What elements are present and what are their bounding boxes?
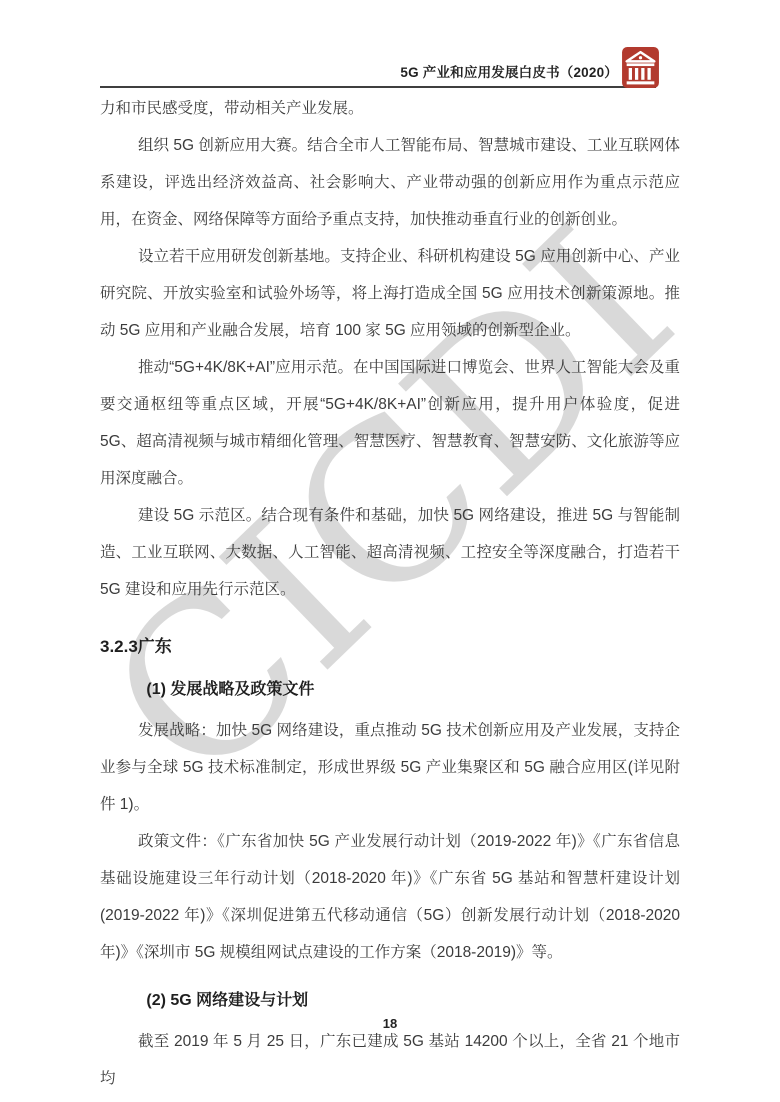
paragraph: 截至 2019 年 5 月 25 日，广东已建成 5G 基站 14200 个以上… [100, 1023, 680, 1097]
paragraph: 政策文件：《广东省加快 5G 产业发展行动计划（2019-2022 年)》《广东… [100, 823, 680, 971]
paragraph: 建设 5G 示范区。结合现有条件和基础，加快 5G 网络建设，推进 5G 与智能… [100, 497, 680, 608]
sub-heading: (1) 发展战略及政策文件 [100, 678, 680, 702]
document-body: 力和市民感受度，带动相关产业发展。 组织 5G 创新应用大赛。结合全市人工智能布… [100, 90, 680, 1097]
paragraph: 设立若干应用研发创新基地。支持企业、科研机构建设 5G 应用创新中心、产业研究院… [100, 238, 680, 349]
paragraph: 组织 5G 创新应用大赛。结合全市人工智能布局、智慧城市建设、工业互联网体系建设… [100, 127, 680, 238]
sub-heading: (2) 5G 网络建设与计划 [100, 989, 680, 1013]
paragraph: 推动“5G+4K/8K+AI”应用示范。在中国国际进口博览会、世界人工智能大会及… [100, 349, 680, 497]
cicdi-logo-icon [622, 47, 659, 88]
header-title: 5G 产业和应用发展白皮书（2020） [400, 61, 618, 81]
document-page: CICDI 5G 产业和应用发展白皮书（2020） 力和市民感受度，带动相关产业… [0, 0, 780, 1102]
section-heading: 3.2.3广东 [100, 634, 680, 660]
paragraph: 发展战略：加快 5G 网络建设，重点推动 5G 技术创新应用及产业发展，支持企业… [100, 712, 680, 823]
header-divider [100, 86, 656, 88]
page-number: 18 [0, 1016, 780, 1031]
paragraph: 力和市民感受度，带动相关产业发展。 [100, 90, 680, 127]
